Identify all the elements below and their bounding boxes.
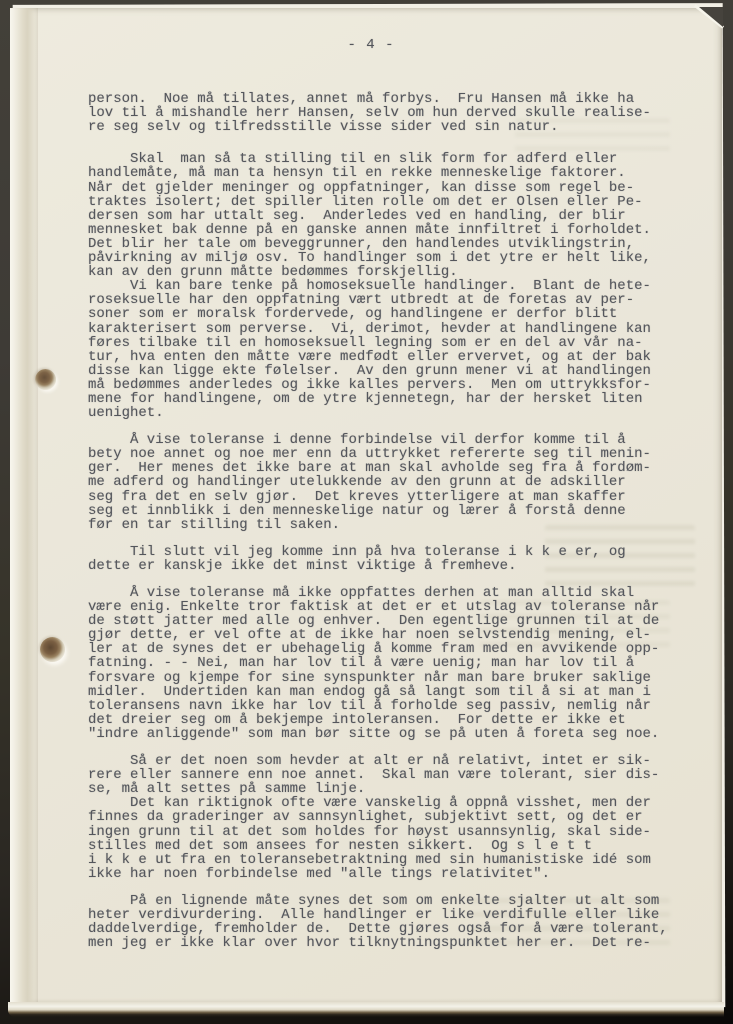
paragraph: Skal man så ta stilling til en slik form… — [88, 152, 682, 279]
punch-hole-top — [35, 369, 56, 390]
page-left-edge — [10, 8, 38, 1004]
page-stack-bottom-edge — [8, 1002, 724, 1017]
paragraph: På en lignende måte synes det som om enk… — [88, 894, 682, 950]
paragraph: Det kan riktignok ofte være vanskelig å … — [88, 796, 682, 881]
paragraph: Til slutt vil jeg komme inn på hva toler… — [88, 545, 682, 573]
paragraph: Vi kan bare tenke på homoseksuelle handl… — [88, 279, 682, 420]
paragraph: Å vise toleranse må ikke oppfattes derhe… — [88, 586, 682, 741]
page-number: - 4 - — [60, 38, 682, 52]
photo-background: - 4 - person. Noe må tillates, annet må … — [0, 0, 733, 1024]
document-page: - 4 - person. Noe må tillates, annet må … — [10, 8, 722, 1004]
paragraph: Så er det noen som hevder at alt er nå r… — [88, 754, 682, 796]
typewritten-text-block: - 4 - person. Noe må tillates, annet må … — [88, 38, 682, 950]
paragraph: Å vise toleranse i denne forbindelse vil… — [88, 433, 682, 532]
paragraph: person. Noe må tillates, annet må forbys… — [88, 92, 682, 134]
clipped-corner — [699, 7, 723, 27]
punch-hole-bottom — [40, 637, 65, 662]
